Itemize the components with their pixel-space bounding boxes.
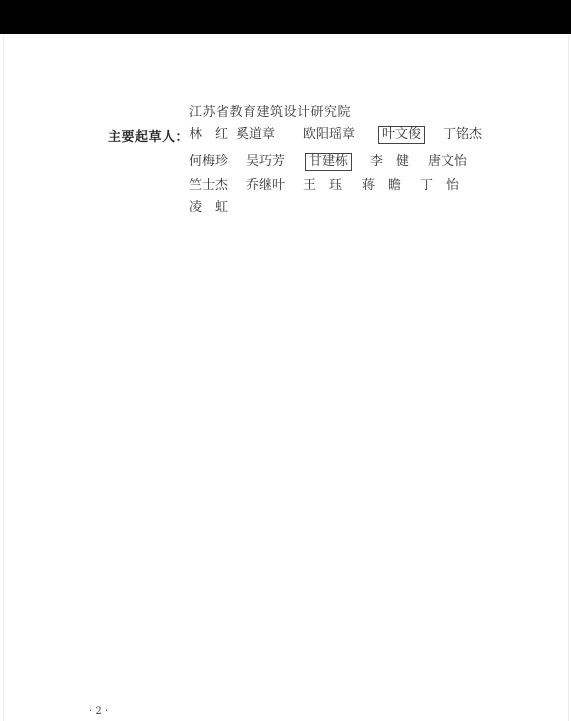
- drafter-name: 蒋 瞻: [362, 178, 401, 194]
- drafter-name: 吴巧芳: [246, 154, 285, 170]
- organization-name: 江苏省教育建筑设计研究院: [189, 101, 351, 120]
- drafter-name: 欧阳瑶章: [303, 127, 355, 143]
- drafter-name: 丁铭杰: [443, 127, 482, 143]
- drafter-name: 王 珏: [303, 178, 342, 194]
- drafter-name: 李 健: [370, 154, 409, 170]
- drafter-name: 竺士杰: [189, 178, 228, 194]
- drafter-name: 丁 怡: [420, 178, 459, 194]
- page-number: · 2 ·: [89, 706, 108, 717]
- top-black-bar: [0, 0, 571, 34]
- drafters-label: 主要起草人：: [108, 126, 189, 145]
- drafter-name: 奚道章: [236, 127, 275, 143]
- drafter-name: 林 红: [189, 127, 228, 143]
- drafter-name-boxed: 叶文俊: [378, 126, 425, 144]
- drafter-name: 乔继叶: [246, 178, 285, 194]
- drafter-name-boxed: 甘建栋: [305, 153, 352, 171]
- drafter-name: 唐文怡: [428, 154, 467, 170]
- document-page: [3, 35, 569, 721]
- drafter-name: 何梅珍: [189, 154, 228, 170]
- drafter-name: 凌 虹: [189, 200, 228, 216]
